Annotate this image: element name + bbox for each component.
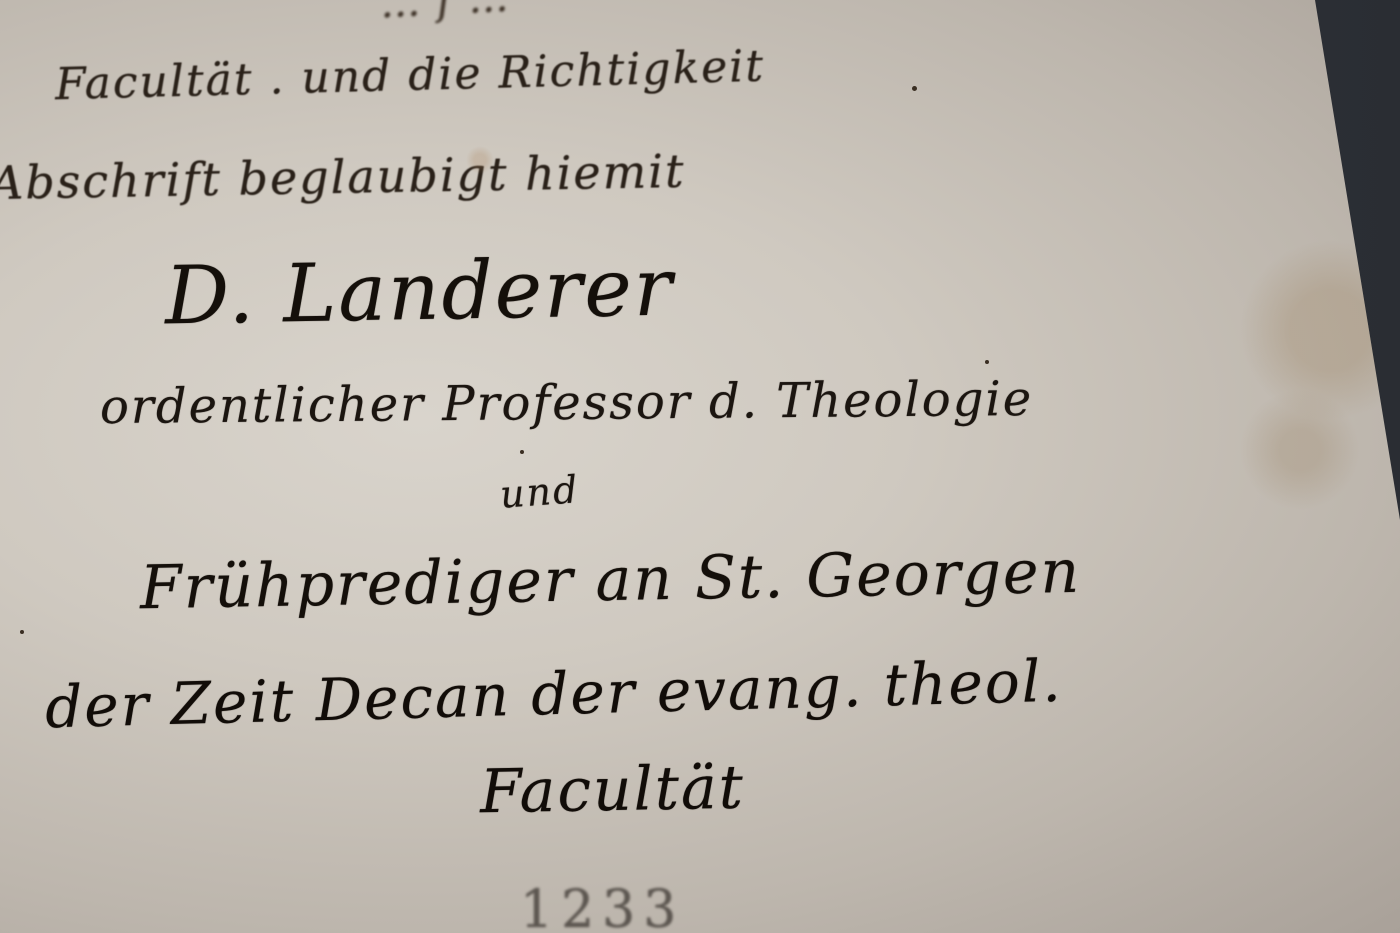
ink-dot [20,630,24,634]
ink-dot [912,86,917,91]
top-fragment-text: … f … [379,0,511,27]
line-faculty-correctness: Facultät . und die Richtigkeit [54,41,765,111]
ink-dot [520,450,524,454]
faculty-word: Facultät [479,753,745,828]
dean-line: der Zeit Decan der evang. theol. [44,647,1063,742]
signature-name: D. Landerer [164,241,674,343]
ink-dot [985,360,989,364]
conjunction-und: und [499,467,581,516]
pencil-number: 1233 [520,880,684,933]
manuscript-page: … f … Facultät . und die Richtigkeit Abs… [0,0,1400,933]
line-copy-certified: Abschrift beglaubigt hiemit [0,144,686,210]
title-professor: ordentlicher Professor d. Theologie [100,371,1034,435]
office-preacher: Frühprediger an St. Georgen [139,537,1081,623]
